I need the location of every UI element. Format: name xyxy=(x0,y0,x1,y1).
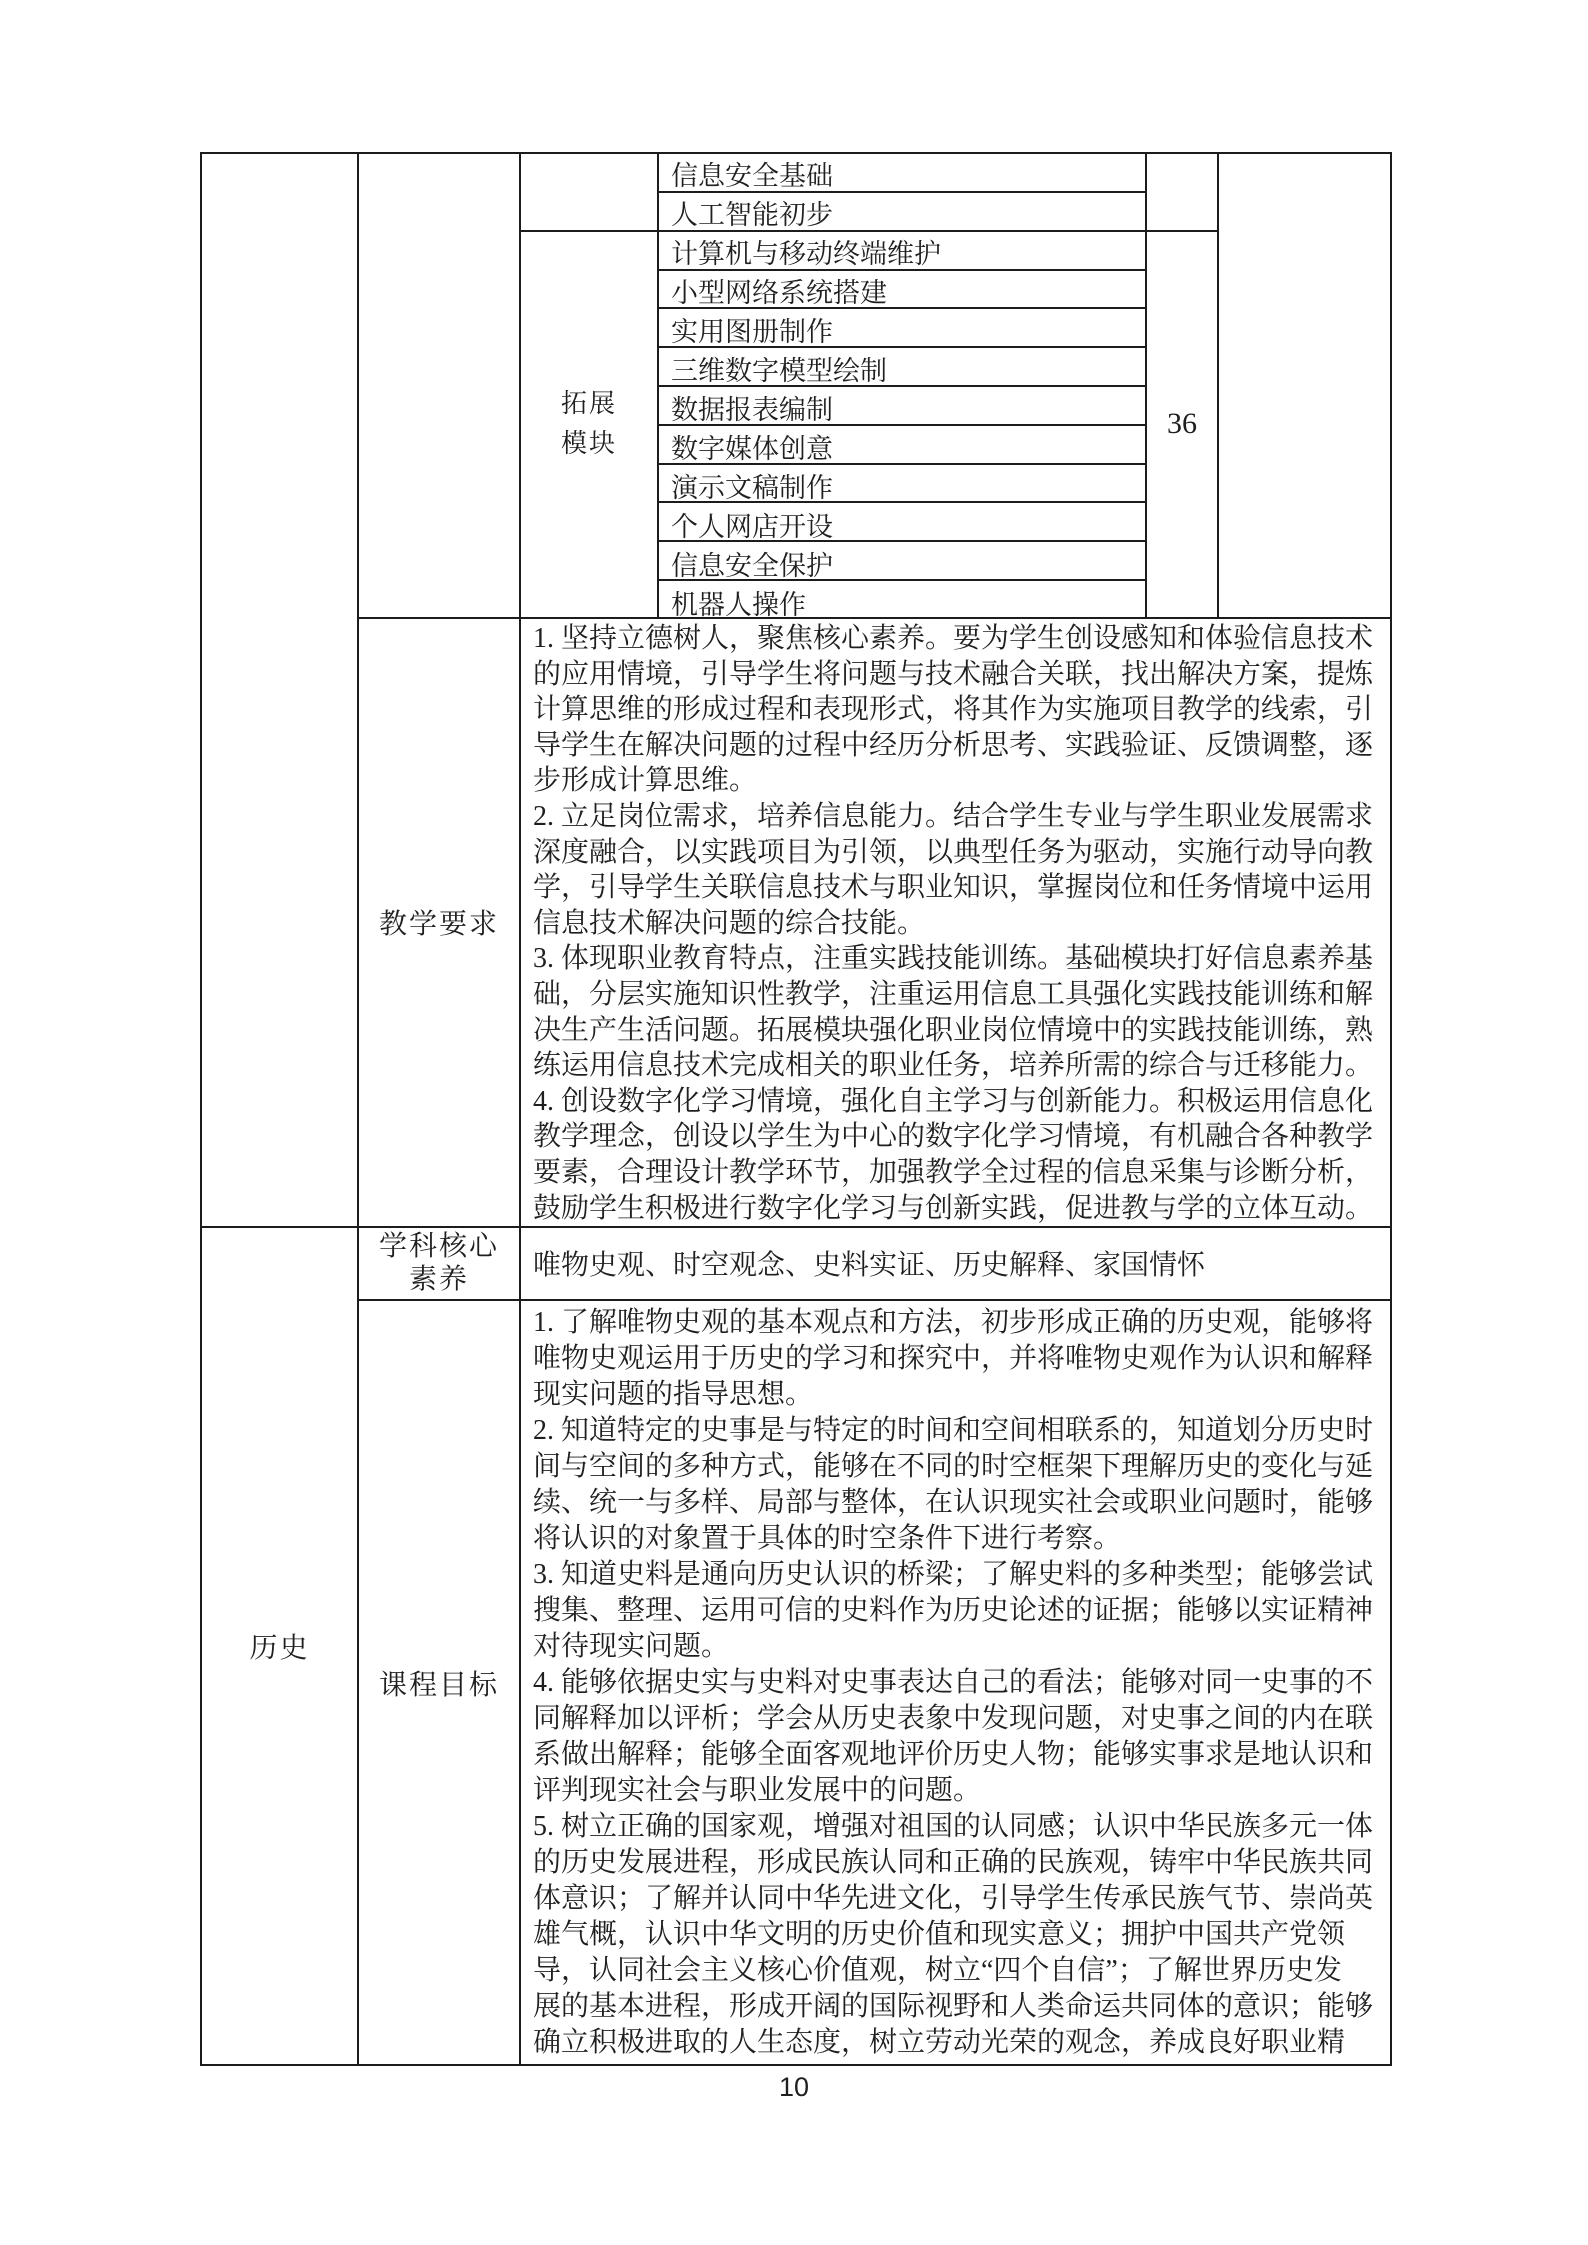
module-row: 人工智能初步 xyxy=(659,193,1145,232)
text-line: 3. 知道史料是通向历史认识的桥梁；了解史料的多种类型；能够尝试 xyxy=(533,1557,1393,1593)
text-line: 导，认同社会主义核心价值观，树立“四个自信”；了解世界历史发 xyxy=(533,1953,1393,1989)
module-row: 信息安全保护 xyxy=(659,544,1145,583)
text-line: 鼓励学生积极进行数字化学习与创新实践，促进教与学的立体互动。 xyxy=(533,1191,1393,1227)
text-line: 评判现实社会与职业发展中的问题。 xyxy=(533,1773,1393,1809)
text-line: 导学生在解决问题的过程中经历分析思考、实践验证、反馈调整，逐 xyxy=(533,728,1393,764)
core-literacy-content: 唯物史观、时空观念、史料实证、历史解释、家国情怀 xyxy=(533,1228,1390,1298)
text-line: 3. 体现职业教育特点，注重实践技能训练。基础模块打好信息素养基 xyxy=(533,941,1393,977)
grid-line xyxy=(1217,152,1219,619)
course-objectives-label: 课程目标 xyxy=(359,1301,519,2064)
module-row: 小型网络系统搭建 xyxy=(659,271,1145,310)
hours-value: 36 xyxy=(1147,232,1217,616)
module-row: 数字媒体创意 xyxy=(659,427,1145,466)
text-line: 4. 能够依据史实与史料对史事表达自己的看法；能够对同一史事的不 xyxy=(533,1665,1393,1701)
module-row: 机器人操作 xyxy=(659,583,1145,622)
label-line: 素养 xyxy=(409,1263,469,1296)
text-line: 唯物史观运用于历史的学习和探究中，并将唯物史观作为认识和解释 xyxy=(533,1341,1393,1377)
module-row: 演示文稿制作 xyxy=(659,466,1145,505)
text-line: 练运用信息技术完成相关的职业任务，培养所需的综合与迁移能力。 xyxy=(533,1048,1393,1084)
text-line: 雄气概，认识中华文明的历史价值和现实意义；拥护中国共产党领 xyxy=(533,1917,1393,1953)
expansion-module-label: 拓展模块 xyxy=(521,232,657,616)
module-row: 数据报表编制 xyxy=(659,388,1145,427)
text-line: 间与空间的多种方式，能够在不同的时空框架下理解历史的变化与延 xyxy=(533,1449,1393,1485)
empty-cell xyxy=(0,0,171,463)
expansion-module-rows: 计算机与移动终端维护小型网络系统搭建实用图册制作三维数字模型绘制数据报表编制数字… xyxy=(659,232,1145,616)
basic-module-rows: 信息安全基础人工智能初步 xyxy=(659,154,1145,229)
text-line: 对待现实问题。 xyxy=(533,1629,1393,1665)
label-line: 模块 xyxy=(561,424,617,464)
text-line: 系做出解释；能够全面客观地评价历史人物；能够实事求是地认识和 xyxy=(533,1737,1393,1773)
text-line: 步形成计算思维。 xyxy=(533,763,1393,799)
text-line: 深度融合，以实践项目为引领，以典型任务为驱动，实施行动导向教 xyxy=(533,835,1393,871)
module-row: 信息安全基础 xyxy=(659,154,1145,193)
subject-label-history: 历史 xyxy=(202,1228,357,2064)
module-row: 实用图册制作 xyxy=(659,310,1145,349)
text-line: 计算思维的形成过程和表现形式，将其作为实施项目教学的线索，引 xyxy=(533,692,1393,728)
text-line: 续、统一与多样、局部与整体，在认识现实社会或职业问题时，能够 xyxy=(533,1485,1393,1521)
text-line: 1. 了解唯物史观的基本观点和方法，初步形成正确的历史观，能够将 xyxy=(533,1305,1393,1341)
label-line: 拓展 xyxy=(561,384,617,424)
document-page: 信息安全基础人工智能初步 拓展模块 计算机与移动终端维护小型网络系统搭建实用图册… xyxy=(0,0,1588,2245)
text-line: 的应用情境，引导学生将问题与技术融合关联，找出解决方案，提炼 xyxy=(533,657,1393,693)
text-line: 搜集、整理、运用可信的史料作为历史论述的证据；能够以实证精神 xyxy=(533,1593,1393,1629)
text-line: 要素，合理设计教学环节，加强教学全过程的信息采集与诊断分析， xyxy=(533,1155,1393,1191)
text-line: 现实问题的指导思想。 xyxy=(533,1377,1393,1413)
core-literacy-label: 学科核心素养 xyxy=(359,1228,519,1298)
module-row: 三维数字模型绘制 xyxy=(659,349,1145,388)
text-line: 同解释加以评析；学会从历史表象中发现问题，对史事之间的内在联 xyxy=(533,1701,1393,1737)
text-line: 1. 坚持立德树人，聚焦核心素养。要为学生创设感知和体验信息技术 xyxy=(533,621,1393,657)
text-line: 将认识的对象置于具体的时空条件下进行考察。 xyxy=(533,1521,1393,1557)
text-line: 学，引导学生关联信息技术与职业知识，掌握岗位和任务情境中运用 xyxy=(533,870,1393,906)
teaching-requirements-label: 教学要求 xyxy=(359,619,519,1224)
text-line: 2. 立足岗位需求，培养信息能力。结合学生专业与学生职业发展需求 xyxy=(533,799,1393,835)
text-line: 决生产生活问题。拓展模块强化职业岗位情境中的实践技能训练，熟 xyxy=(533,1013,1393,1049)
text-line: 展的基本进程，形成开阔的国际视野和人类命运共同体的意识；能够 xyxy=(533,1989,1393,2025)
grid-line xyxy=(200,2064,1392,2066)
teaching-requirements-text: 1. 坚持立德树人，聚焦核心素养。要为学生创设感知和体验信息技术的应用情境，引导… xyxy=(533,621,1393,1226)
module-row: 个人网店开设 xyxy=(659,505,1145,544)
text-line: 5. 树立正确的国家观，增强对祖国的认同感；认识中华民族多元一体 xyxy=(533,1809,1393,1845)
text-line: 2. 知道特定的史事是与特定的时间和空间相联系的，知道划分历史时 xyxy=(533,1413,1393,1449)
text-line: 体意识；了解并认同中华先进文化，引导学生传承民族气节、崇尚英 xyxy=(533,1881,1393,1917)
course-objectives-text: 1. 了解唯物史观的基本观点和方法，初步形成正确的历史观，能够将唯物史观运用于历… xyxy=(533,1305,1393,2061)
text-line: 信息技术解决问题的综合技能。 xyxy=(533,906,1393,942)
text-line: 的历史发展进程，形成民族认同和正确的民族观，铸牢中华民族共同 xyxy=(533,1845,1393,1881)
page-number: 10 xyxy=(0,2072,1588,2103)
text-line: 确立积极进取的人生态度，树立劳动光荣的观念，养成良好职业精 xyxy=(533,2025,1393,2061)
label-line: 学科核心 xyxy=(379,1230,499,1263)
module-row: 计算机与移动终端维护 xyxy=(659,232,1145,271)
text-line: 础，分层实施知识性教学，注重运用信息工具强化实践技能训练和解 xyxy=(533,977,1393,1013)
text-line: 教学理念，创设以学生为中心的数字化学习情境，有机融合各种教学 xyxy=(533,1119,1393,1155)
text-line: 4. 创设数字化学习情境，强化自主学习与创新能力。积极运用信息化 xyxy=(533,1084,1393,1120)
